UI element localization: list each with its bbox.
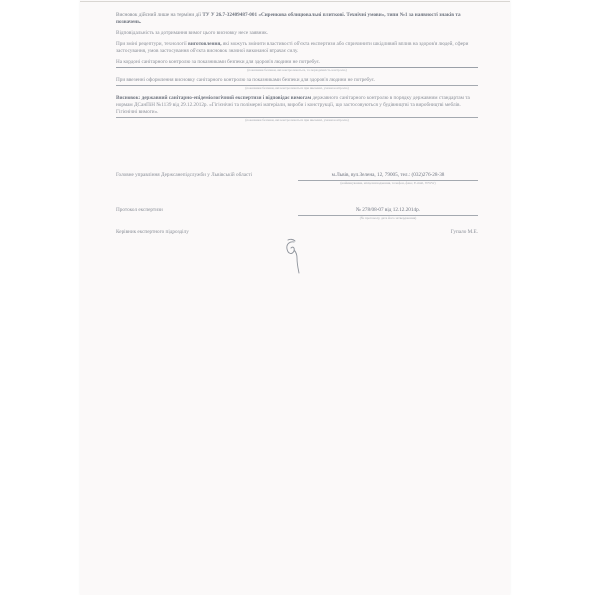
conclusion-bold: державний санітарно-епідеміологічний екс… — [142, 95, 312, 101]
handwritten-signature-icon — [280, 238, 310, 278]
authority-label: Головне управління Держсанепідслужби у Л… — [116, 172, 266, 179]
control-periodicity-caption: (показники безпеки, які контролюються, т… — [116, 68, 478, 73]
changes-paragraph: При зміні рецептури, технології виготовл… — [116, 41, 478, 55]
protocol-details: № 278/08-07 від 12.12.2014р. (№ протокол… — [298, 207, 478, 221]
scanned-document-page: Висновок дійсний лише на терміни дії ТУ … — [80, 0, 510, 595]
validity-lead: Висновок дійсний лише на терміни дії — [116, 12, 201, 18]
changes-bold: виготовлення, — [188, 41, 222, 47]
authority-details: м.Львів, вул.Зелена, 12, 79005, тел.: (0… — [298, 172, 478, 186]
head-label: Керівник експертного підрозділу — [116, 229, 266, 236]
responsibility-paragraph: Відповідальність за дотримання вимог цьо… — [116, 30, 478, 37]
protocol-caption: (№ протоколу, дата його затвердження) — [298, 215, 478, 221]
protocol-number: № 278/08-07 від 12.12.2014р. — [298, 207, 478, 214]
import-control-caption: (показники безпеки, які контролюються пр… — [116, 86, 478, 91]
conclusion-caption: (показники безпеки, які контролюються пр… — [116, 118, 478, 123]
control-periodicity-text: На кордоні санітарного контролю за показ… — [116, 59, 478, 68]
changes-lead: При зміні рецептури, технології — [116, 41, 187, 47]
authority-caption: (найменування, місцезнаходження, телефон… — [298, 180, 478, 186]
conclusion-paragraph: Висновок: державний санітарно-епідеміоло… — [116, 95, 478, 116]
authority-address: м.Львів, вул.Зелена, 12, 79005, тел.: (0… — [298, 172, 478, 179]
page-top-edge — [80, 1, 510, 2]
head-name: Гупало М.Е. — [451, 229, 478, 236]
validity-paragraph: Висновок дійсний лише на терміни дії ТУ … — [116, 12, 478, 26]
conclusion-lead: Висновок: — [116, 95, 140, 101]
document-body: Висновок дійсний лише на терміни дії ТУ … — [116, 12, 478, 127]
protocol-label: Протокол експертизи — [116, 207, 266, 214]
import-control-text: При ввезенні оформлення висновку санітар… — [116, 77, 478, 84]
